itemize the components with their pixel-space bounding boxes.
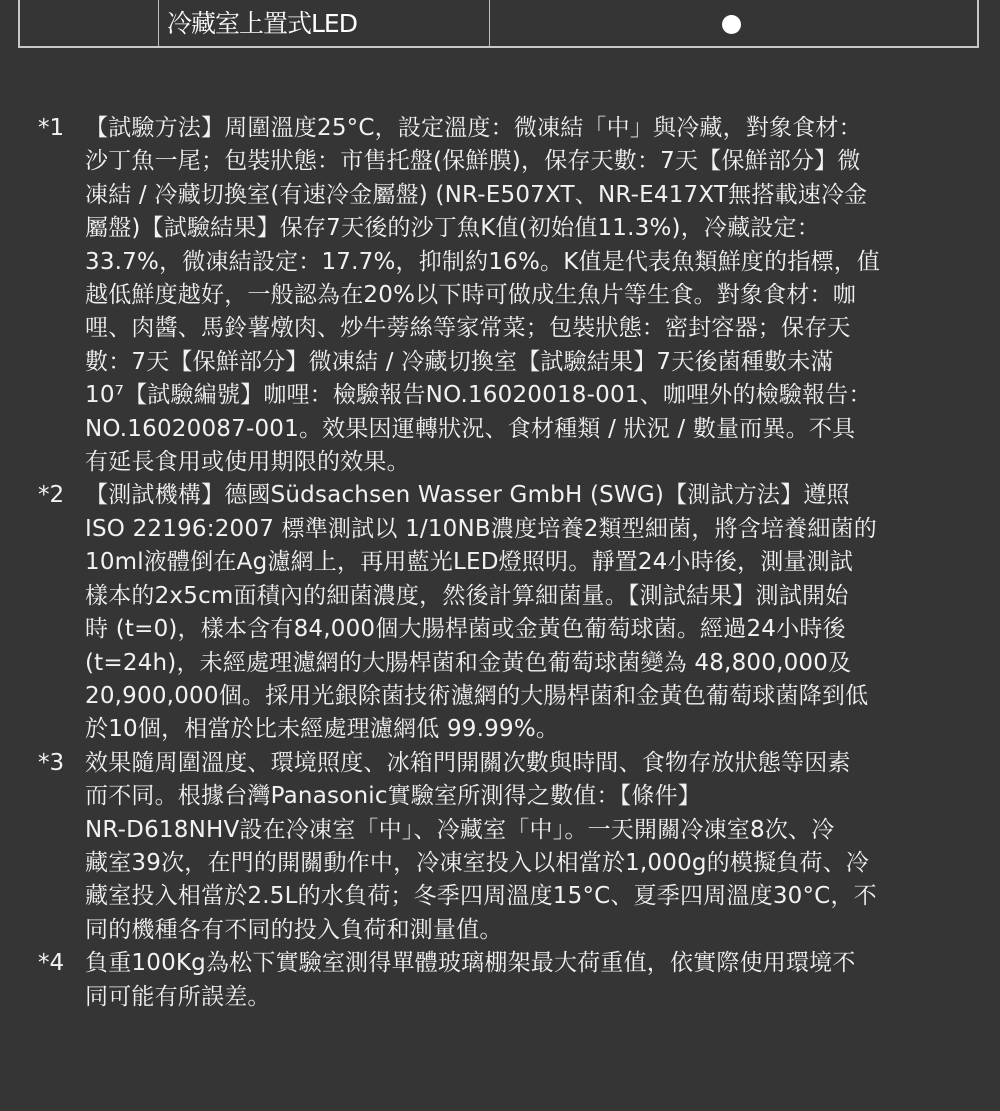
footnote-1: *1 【試驗方法】周圍溫度25°C，設定溫度：微凍結「中」與冷藏，對象食材： 沙… (38, 112, 978, 479)
footnote-line: 【測試機構】德國Südsachsen Wasser GmbH (SWG)【測試方… (85, 479, 965, 512)
footnote-line: 【試驗方法】周圍溫度25°C，設定溫度：微凍結「中」與冷藏，對象食材： (85, 112, 965, 145)
table-cell-feature: 冷藏室上置式LED (159, 0, 490, 46)
filled-circle-icon (722, 15, 741, 34)
footnote-2: *2 【測試機構】德國Südsachsen Wasser GmbH (SWG)【… (38, 479, 978, 746)
footnote-line: 沙丁魚一尾；包裝狀態：市售托盤(保鮮膜)，保存天數：7天【保鮮部分】微 (85, 145, 965, 178)
footnote-line: (t=24h)，未經處理濾網的大腸桿菌和金黃色葡萄球菌變為 48,800,000… (85, 647, 965, 680)
footnote-line: NR-D618NHV設在冷凍室「中」、冷藏室「中」。一天開關冷凍室8次、冷 (85, 814, 965, 847)
footnote-body: 【測試機構】德國Südsachsen Wasser GmbH (SWG)【測試方… (85, 479, 965, 746)
table-cell-blank (20, 0, 159, 46)
footnote-line: 越低鮮度越好，一般認為在20%以下時可做成生魚片等生食。對象食材：咖 (85, 279, 965, 312)
footnote-mark: *4 (38, 947, 85, 1014)
footnote-line: 33.7%，微凍結設定：17.7%，抑制約16%。K值是代表魚類鮮度的指標，值 (85, 246, 965, 279)
footnote-line: 20,900,000個。採用光銀除菌技術濾網的大腸桿菌和金黃色葡萄球菌降到低 (85, 680, 965, 713)
footnote-body: 【試驗方法】周圍溫度25°C，設定溫度：微凍結「中」與冷藏，對象食材： 沙丁魚一… (85, 112, 965, 479)
footnote-line: 同的機種各有不同的投入負荷和測量值。 (85, 914, 965, 947)
table-cell-indicator (490, 0, 977, 46)
footnote-4: *4 負重100Kg為松下實驗室測得單體玻璃棚架最大荷重值，依實際使用環境不 同… (38, 947, 978, 1014)
footnote-line: ISO 22196:2007 標準測試以 1/10NB濃度培養2類型細菌，將含培… (85, 513, 965, 546)
footnote-line: 10ml液體倒在Ag濾網上，再用藍光LED燈照明。靜置24小時後，測量測試 (85, 546, 965, 579)
footnote-line: 凍結 / 冷藏切換室(有速冷金屬盤) (NR-E507XT、NR-E417XT無… (85, 179, 965, 212)
spec-table: 冷藏室上置式LED (18, 0, 979, 48)
footnote-line: 負重100Kg為松下實驗室測得單體玻璃棚架最大荷重值，依實際使用環境不 (85, 947, 965, 980)
footnote-line: 效果隨周圍溫度、環境照度、冰箱門開關次數與時間、食物存放狀態等因素 (85, 747, 965, 780)
footnote-mark: *1 (38, 112, 85, 479)
footnote-line: 時 (t=0)，樣本含有84,000個大腸桿菌或金黃色葡萄球菌。經過24小時後 (85, 613, 965, 646)
footnote-line: 藏室39次，在門的開關動作中，冷凍室投入以相當於1,000g的模擬負荷、冷 (85, 847, 965, 880)
footnote-body: 效果隨周圍溫度、環境照度、冰箱門開關次數與時間、食物存放狀態等因素 而不同。根據… (85, 747, 965, 947)
footnote-line: 數：7天【保鮮部分】微凍結 / 冷藏切換室【試驗結果】7天後菌種數未滿 (85, 346, 965, 379)
footnote-line: 有延長食用或使用期限的效果。 (85, 446, 965, 479)
footnote-3: *3 效果隨周圍溫度、環境照度、冰箱門開關次數與時間、食物存放狀態等因素 而不同… (38, 747, 978, 947)
footnote-line: 哩、肉醬、馬鈴薯燉肉、炒牛蒡絲等家常菜；包裝狀態：密封容器；保存天 (85, 312, 965, 345)
footnote-line: 而不同。根據台灣Panasonic實驗室所測得之數值：【條件】 (85, 780, 965, 813)
footnotes: *1 【試驗方法】周圍溫度25°C，設定溫度：微凍結「中」與冷藏，對象食材： 沙… (38, 112, 978, 1014)
footnote-line: 屬盤)【試驗結果】保存7天後的沙丁魚K值(初始值11.3%)，冷藏設定： (85, 212, 965, 245)
footnote-mark: *2 (38, 479, 85, 746)
footnote-line: 樣本的2x5cm面積內的細菌濃度，然後計算細菌量。【測試結果】測試開始 (85, 580, 965, 613)
footnote-line: 藏室投入相當於2.5L的水負荷；冬季四周溫度15°C、夏季四周溫度30°C，不 (85, 880, 965, 913)
footnote-body: 負重100Kg為松下實驗室測得單體玻璃棚架最大荷重值，依實際使用環境不 同可能有… (85, 947, 965, 1014)
footnote-line: 於10個，相當於比未經處理濾網低 99.99%。 (85, 713, 965, 746)
footnote-line: 10⁷【試驗編號】咖哩：檢驗報告NO.16020018-001、咖哩外的檢驗報告… (85, 379, 965, 412)
footnote-mark: *3 (38, 747, 85, 947)
footnote-line: 同可能有所誤差。 (85, 981, 965, 1014)
footnote-line: NO.16020087-001。效果因運轉狀況、食材種類 / 狀況 / 數量而異… (85, 413, 965, 446)
